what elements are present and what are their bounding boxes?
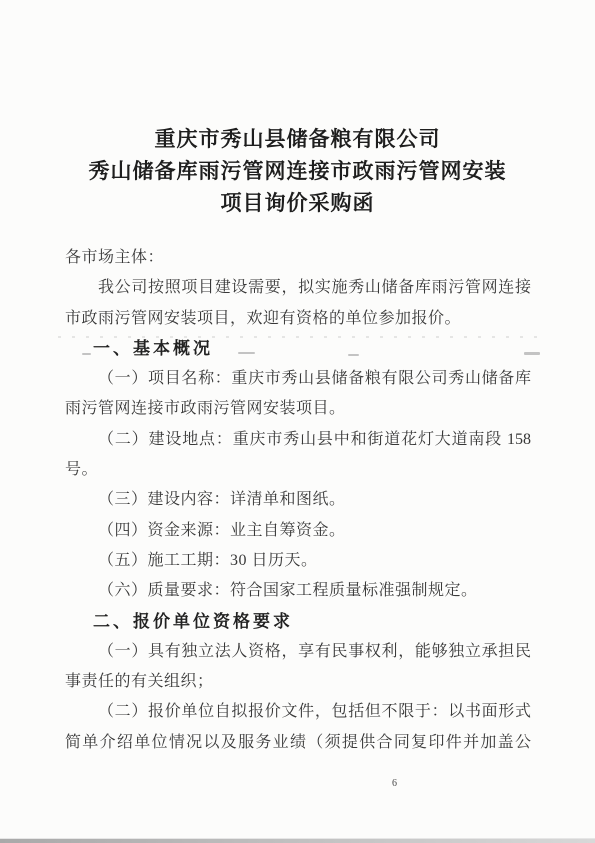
title-line-1: 重庆市秀山县储备粮有限公司 xyxy=(0,123,595,155)
scan-artifact-dash xyxy=(238,352,255,354)
document-body: 各市场主体： 我公司按照项目建设需要，拟实施秀山储备库雨污管网连接 市政雨污管网… xyxy=(65,243,531,758)
doc-line-duration: （五）施工工期：30 日历天。 xyxy=(65,546,531,576)
scanned-document-page: 重庆市秀山县储备粮有限公司 秀山储备库雨污管网连接市政雨污管网安装 项目询价采购… xyxy=(0,0,595,843)
doc-line: 事责任的有关组织； xyxy=(65,667,531,697)
scan-edge-shadow xyxy=(0,838,595,843)
doc-line-location: （二）建设地点：重庆市秀山县中和街道花灯大道南段 158 xyxy=(65,425,531,455)
salutation: 各市场主体： xyxy=(65,243,531,273)
heading-basic-overview: 一、基本概况 xyxy=(65,334,531,364)
doc-line: 我公司按照项目建设需要，拟实施秀山储备库雨污管网连接 xyxy=(65,273,531,303)
scan-artifact-dash xyxy=(524,352,540,355)
doc-line: 雨污管网连接市政雨污管网安装项目。 xyxy=(65,394,531,424)
scan-artifact-dash xyxy=(348,354,359,356)
title-line-3: 项目询价采购函 xyxy=(0,187,595,219)
heading-bidder-qualifications: 二、报价单位资格要求 xyxy=(65,607,531,637)
doc-line: （一）具有独立法人资格，享有民事权利，能够独立承担民 xyxy=(65,637,531,667)
scan-artifact-speckles xyxy=(58,336,540,338)
doc-line-quality: （六）质量要求：符合国家工程质量标准强制规定。 xyxy=(65,576,531,606)
page-number: 6 xyxy=(392,778,397,789)
doc-line: （二）报价单位自拟报价文件，包括但不限于：以书面形式 xyxy=(65,697,531,727)
title-line-2: 秀山储备库雨污管网连接市政雨污管网安装 xyxy=(0,155,595,187)
scan-artifact-dash xyxy=(82,353,91,355)
doc-line: 简单介绍单位情况以及服务业绩（须提供合同复印件并加盖公 xyxy=(65,728,531,758)
doc-line: 市政雨污管网安装项目，欢迎有资格的单位参加报价。 xyxy=(65,304,531,334)
document-title: 重庆市秀山县储备粮有限公司 秀山储备库雨污管网连接市政雨污管网安装 项目询价采购… xyxy=(0,123,595,219)
doc-line-funding: （四）资金来源：业主自筹资金。 xyxy=(65,516,531,546)
doc-line: 号。 xyxy=(65,455,531,485)
doc-line-content: （三）建设内容：详清单和图纸。 xyxy=(65,485,531,515)
doc-line-project-name: （一）项目名称：重庆市秀山县储备粮有限公司秀山储备库 xyxy=(65,364,531,394)
